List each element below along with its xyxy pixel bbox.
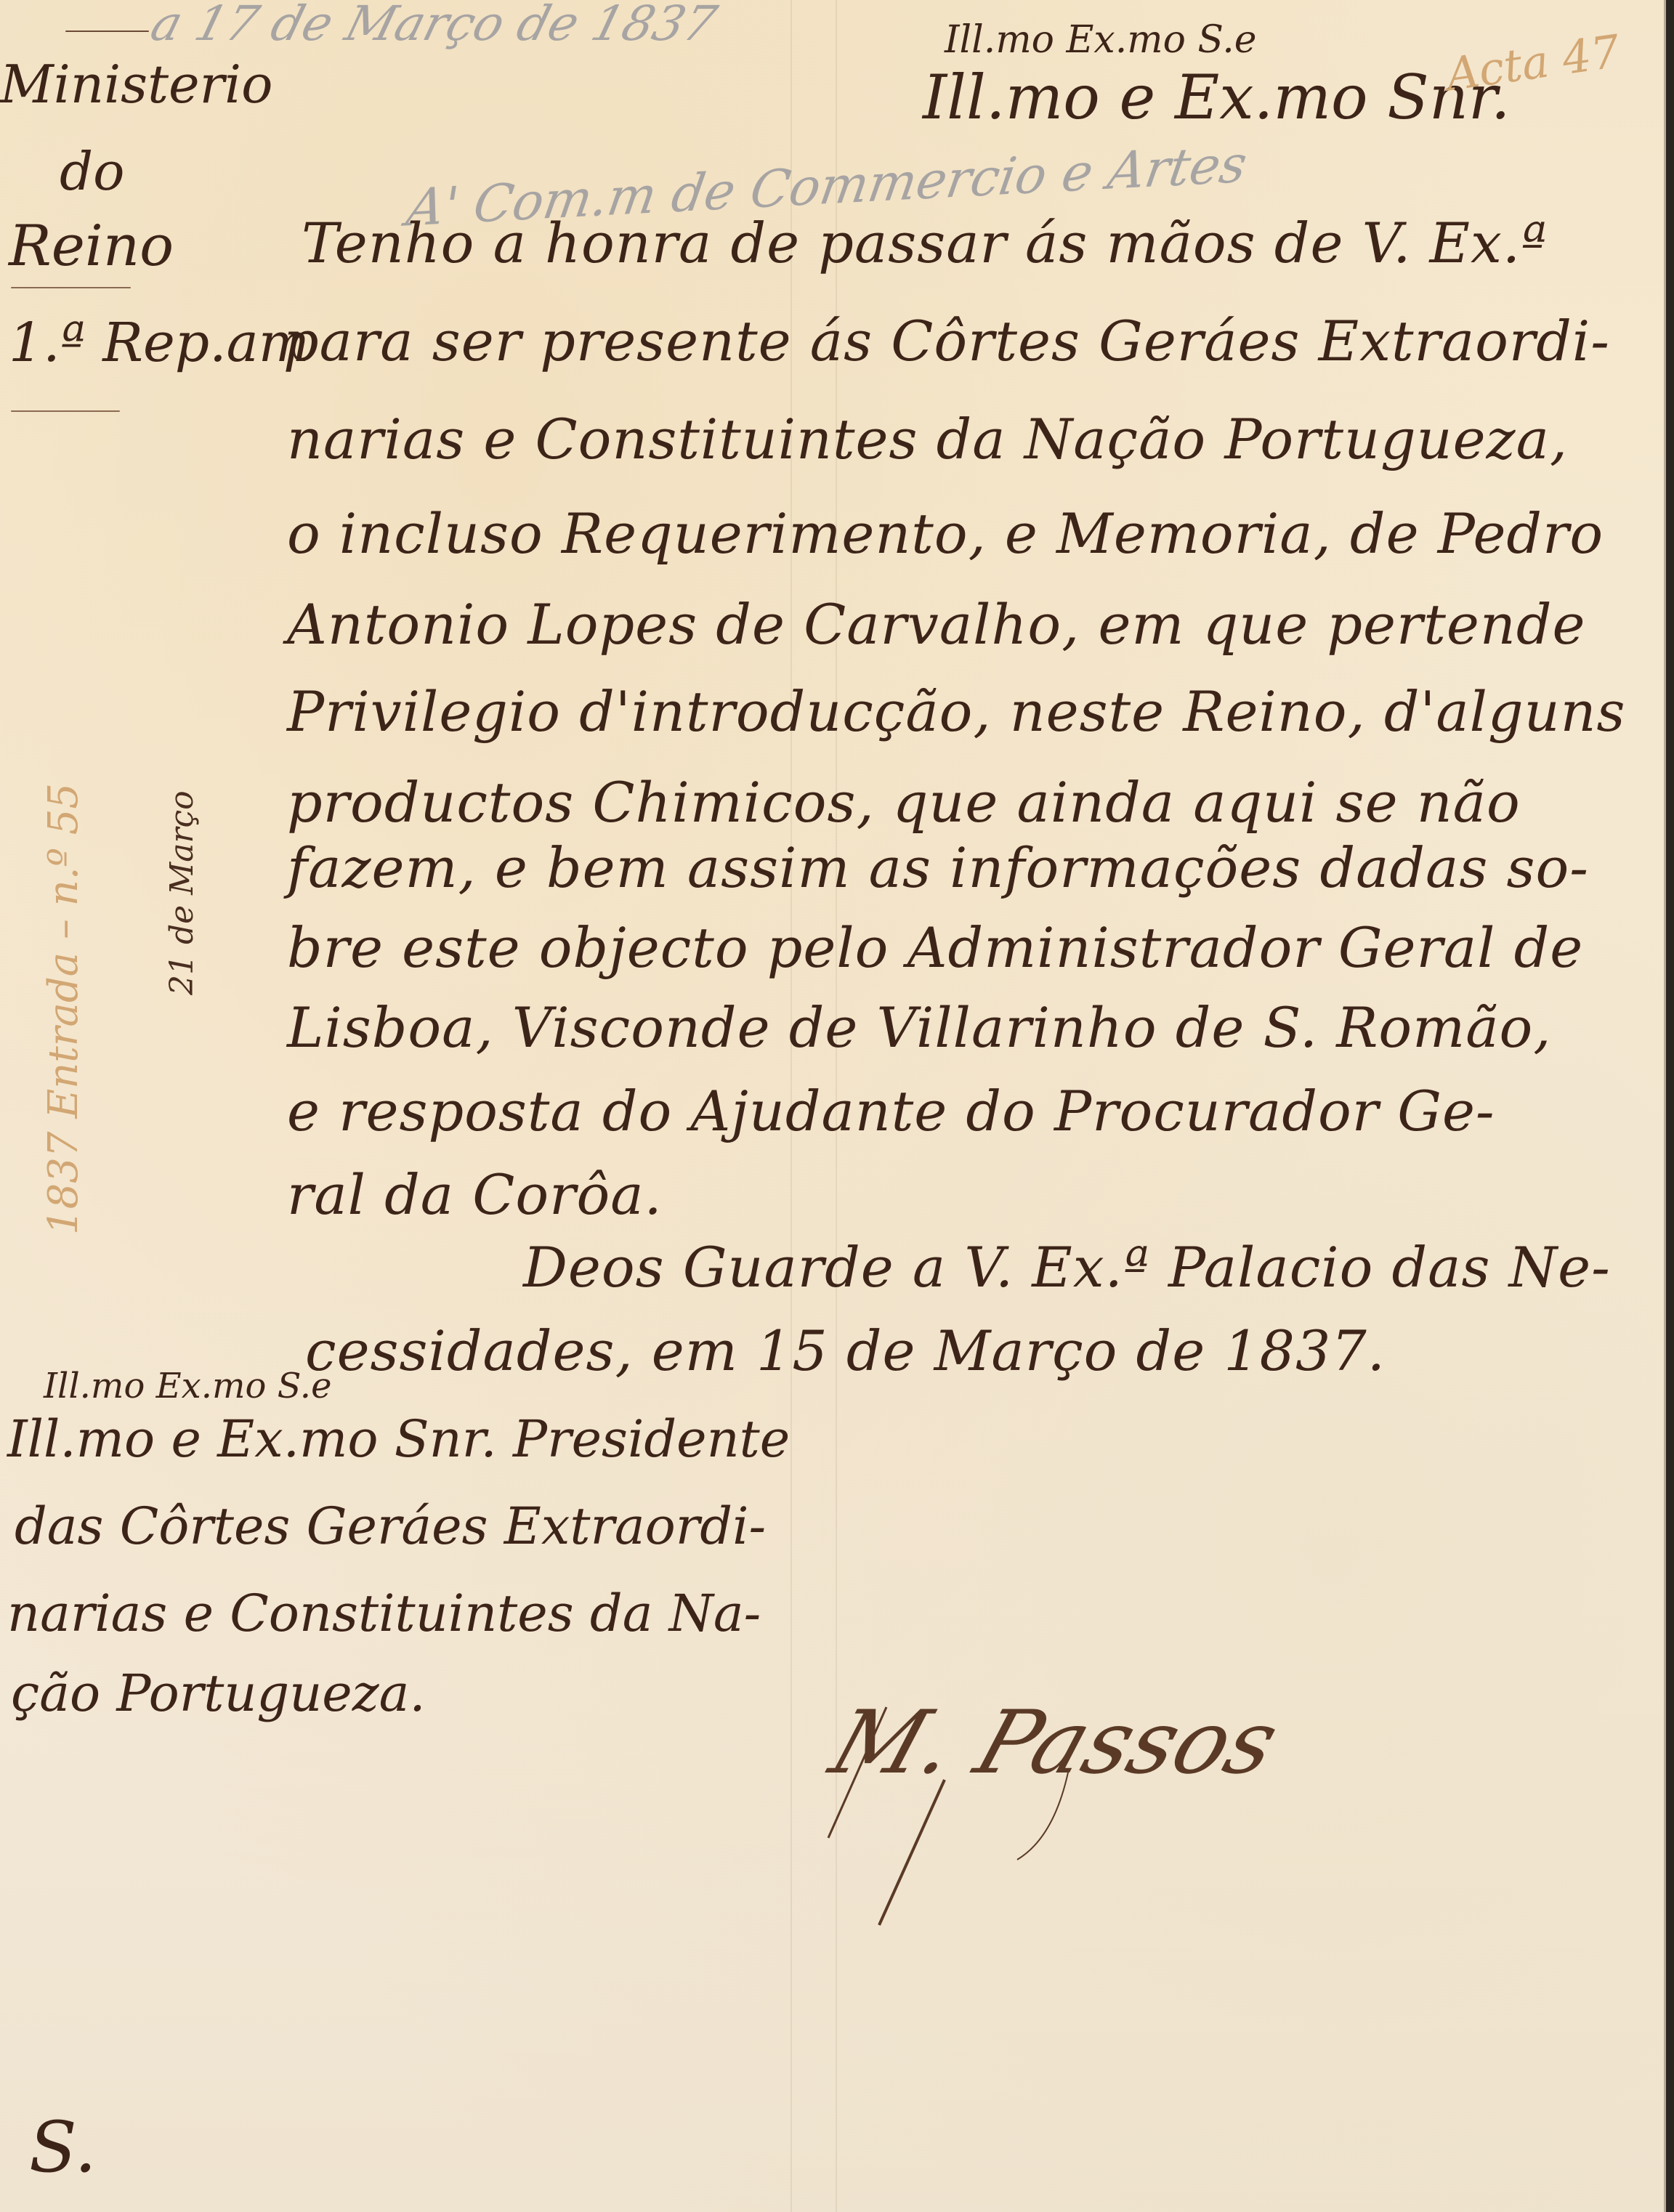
body-line: Lisboa, Visconde de Villarinho de S. Rom… [287,995,1551,1060]
closing-line: Deos Guarde a V. Ex.ª Palacio das Ne- [523,1235,1611,1300]
body-line: narias e Constituintes da Nação Portugue… [287,407,1568,471]
pencil-date-note: a 17 de Março de 1837 [145,0,723,52]
salutation-abbrev: Ill.mo Ex.mo S.e [945,18,1257,62]
t-crossbar [65,31,149,32]
margin-do: do [60,145,124,198]
margin-divider [11,410,120,412]
corner-mark: S. [29,2107,97,2188]
address-line: narias e Constituintes da Na- [7,1584,761,1643]
address-line: das Côrtes Geráes Extraordi- [15,1496,766,1556]
address-abbrev: Ill.mo Ex.mo S.e [44,1366,331,1406]
body-line: Antonio Lopes de Carvalho, em que perten… [287,592,1585,657]
address-line: ção Portugueza. [11,1664,426,1723]
rotated-date-note: 21 de Março [163,790,201,995]
closing-line: cessidades, em 15 de Março de 1837. [305,1318,1386,1383]
body-line: Tenho a honra de passar ás mãos de V. Ex… [302,211,1548,275]
rotated-entry-note: 1837 Entrada – n.º 55 [40,783,87,1235]
manuscript-page: a 17 de Março de 1837 Ministerio do Rein… [0,0,1666,2212]
body-line: para ser presente ás Côrtes Geráes Extra… [283,309,1610,373]
acta-number-note: Acta 47 [1443,25,1623,102]
address-line: Ill.mo e Ex.mo Snr. Presidente [7,1409,790,1469]
body-line: o incluso Requerimento, e Memoria, de Pe… [287,501,1604,566]
body-line: Privilegio d'introducção, neste Reino, d… [287,679,1626,744]
body-line: productos Chimicos, que ainda aqui se nã… [287,770,1521,835]
signature-flourish-icon [799,1693,1090,1932]
margin-divider [11,287,131,288]
margin-reino: Reino [9,218,174,275]
body-line: e resposta do Ajudante do Procurador Ge- [287,1079,1495,1143]
body-line: bre este objecto pelo Administrador Gera… [287,915,1583,980]
body-line: fazem, e bem assim as informações dadas … [287,835,1589,900]
body-line: ral da Corôa. [287,1162,663,1227]
margin-ministerio: Ministerio [0,58,272,110]
salutation-top: Ill.mo e Ex.mo Snr. [923,62,1511,133]
margin-repartition: 1.ª Rep.am [9,316,310,370]
